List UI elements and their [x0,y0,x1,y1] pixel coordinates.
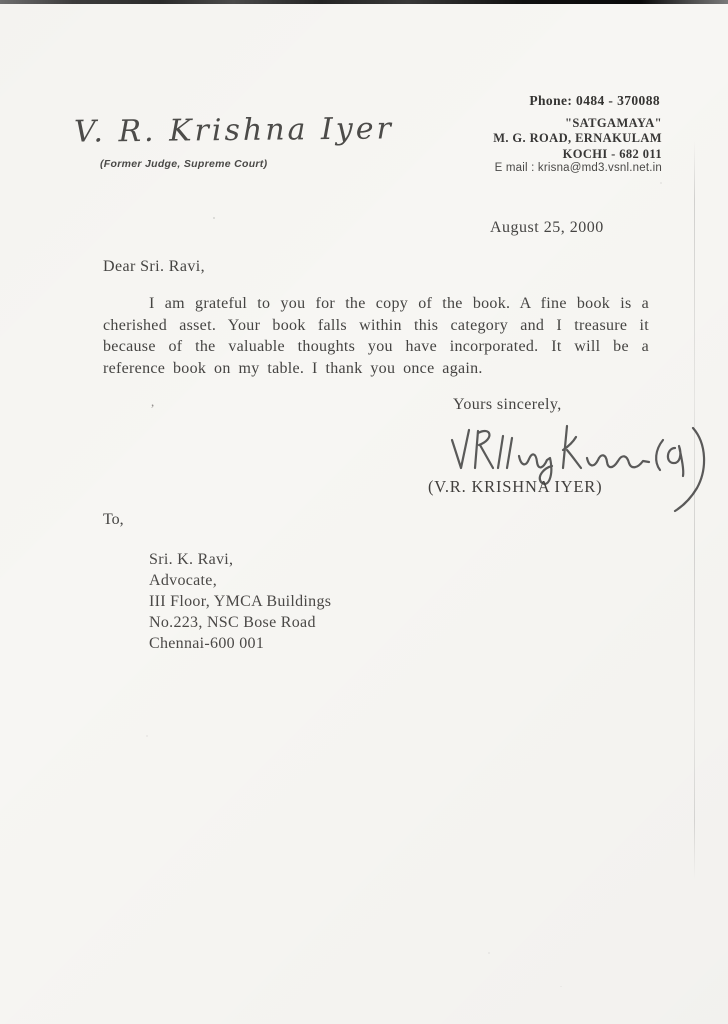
residence-name: "SATGAMAYA" [493,117,662,130]
recipient-line: III Floor, YMCA Buildings [149,591,331,612]
scanned-letter-page: V. R. Krishna Iyer (Former Judge, Suprem… [0,0,728,1024]
scan-edge-artifact [0,0,728,4]
ink-speck [560,986,562,987]
ink-speck [146,735,148,737]
body-paragraph: I am grateful to you for the copy of the… [103,293,649,379]
ink-speck [660,182,662,184]
recipient-line: No.223, NSC Bose Road [149,612,331,633]
salutation: Dear Sri. Ravi, [103,258,205,276]
ink-speck [488,952,490,954]
recipient-address-block: Sri. K. Ravi, Advocate, III Floor, YMCA … [149,549,331,654]
ink-speck [213,217,215,219]
recipient-line: Chennai-600 001 [149,633,331,654]
letterhead-name: V. R. Krishna Iyer [74,111,394,149]
closing-line: Yours sincerely, [453,396,562,414]
signer-printed-name: (V.R. KRISHNA IYER) [428,477,602,497]
phone-line: Phone: 0484 - 370088 [493,94,662,108]
ink-speck [520,300,522,301]
address-line-2: KOCHI - 682 011 [493,148,662,161]
recipient-label: To, [103,511,124,529]
letterhead-subtitle: (Former Judge, Supreme Court) [100,158,267,170]
ink-stray-mark: , [151,394,154,410]
handwritten-signature-image [438,418,710,514]
contact-block: Phone: 0484 - 370088 "SATGAMAYA" M. G. R… [493,94,662,175]
address-line-1: M. G. ROAD, ERNAKULAM [493,132,662,145]
letter-date: August 25, 2000 [490,219,604,237]
recipient-line: Advocate, [149,570,331,591]
recipient-line: Sri. K. Ravi, [149,549,331,570]
email-line: E mail : krisna@md3.vsnl.net.in [493,163,662,175]
